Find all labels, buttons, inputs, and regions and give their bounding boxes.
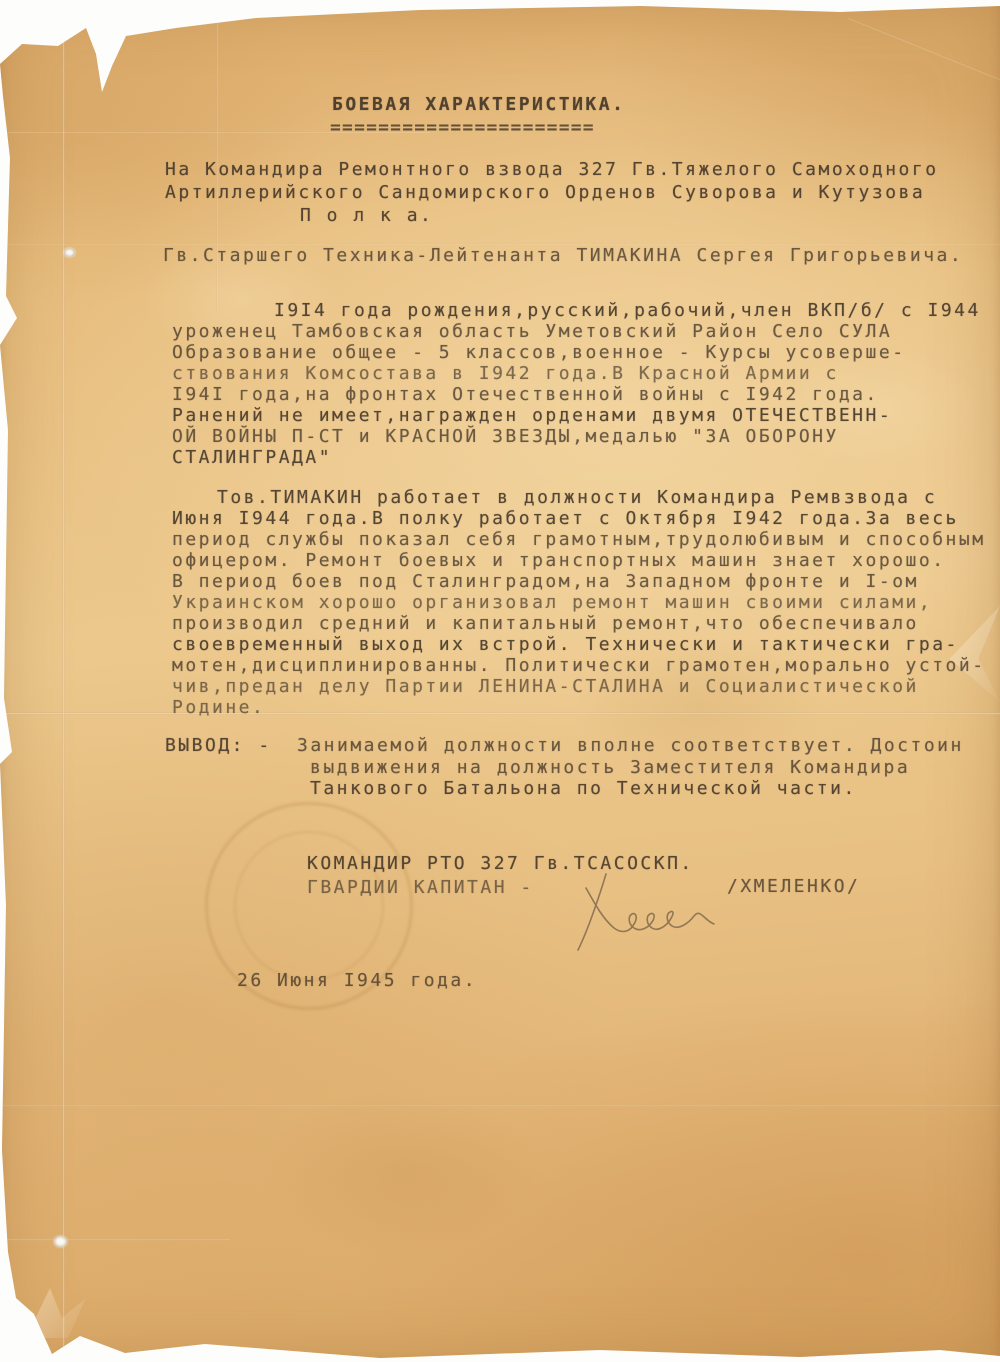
paragraph-line: Родине. [172, 697, 986, 718]
scan-background: БОЕВАЯ ХАРАКТЕРИСТИКА. =================… [0, 0, 1000, 1362]
paragraph-line: В период боев под Сталинградом,на Западн… [172, 571, 986, 592]
paragraph-line: чив,предан делу Партии ЛЕНИНА-СТАЛИНА и … [172, 676, 986, 697]
paragraph-line: СТАЛИНГРАДА" [172, 447, 981, 468]
paragraph-line: I94I года,на фронтах Отечественной войны… [172, 384, 981, 405]
paragraph-service: Тов.ТИМАКИН работает в должности Команди… [172, 487, 986, 718]
header-line: На Командира Ремонтного взвода 327 Гв.Тя… [165, 158, 939, 181]
header-block: На Командира Ремонтного взвода 327 Гв.Тя… [165, 158, 939, 227]
paragraph-line: Тов.ТИМАКИН работает в должности Команди… [217, 487, 986, 508]
paragraph-biography: I9I4 года рождения,русский,рабочий,член … [172, 300, 981, 468]
addressee-line: Гв.Старшего Техника-Лейтенанта ТИМАКИНА … [163, 245, 963, 266]
paragraph-line: уроженец Тамбовская область Уметовский Р… [172, 321, 981, 342]
paragraph-line: мотен,дисциплинированны. Политически гра… [172, 655, 986, 676]
handwritten-signature [548, 868, 728, 960]
paragraph-line: офицером. Ремонт боевых и транспортных м… [172, 550, 986, 571]
document-page: БОЕВАЯ ХАРАКТЕРИСТИКА. =================… [0, 0, 1000, 1362]
conclusion-label: ВЫВОД: - [165, 735, 272, 756]
conclusion-line: выдвижения на должность Заместителя Кома… [310, 757, 964, 779]
date-line: 26 Июня I945 года. [237, 970, 477, 991]
paragraph-line: ОЙ ВОЙНЫ П-СТ и КРАСНОЙ ЗВЕЗДЫ,медалью "… [172, 426, 981, 447]
paragraph-line: I9I4 года рождения,русский,рабочий,член … [274, 300, 981, 321]
conclusion-line: Занимаемой должности вполне соответствуе… [297, 735, 964, 757]
doc-title: БОЕВАЯ ХАРАКТЕРИСТИКА. [332, 94, 625, 115]
paragraph-line: Образование общее - 5 классов,военное - … [172, 342, 981, 363]
paragraph-line: Ранений не имеет,награжден орденами двум… [172, 405, 981, 426]
paragraph-line: Украинском хорошо организовал ремонт маш… [172, 592, 986, 613]
title-underline: ====================== [330, 117, 595, 138]
paragraph-line: ствования Комсостава в I942 года.В Красн… [172, 363, 981, 384]
paragraph-line: своевременный выход их встрой. Техническ… [172, 634, 986, 655]
conclusion-line: Танкового Батальона по Технической части… [310, 778, 964, 800]
paragraph-line: Июня I944 года.В полку работает с Октябр… [172, 508, 986, 529]
paragraph-line: производил средний и капитальный ремонт,… [172, 613, 986, 634]
conclusion-block: Занимаемой должности вполне соответствуе… [297, 735, 964, 800]
header-line: П о л к а. [300, 204, 939, 227]
header-line: Артиллерийского Сандомирского Орденов Су… [165, 181, 939, 204]
signature-name: /ХМЕЛЕНКО/ [727, 876, 860, 897]
paragraph-line: период службы показал себя грамотным,тру… [172, 529, 986, 550]
document-content: БОЕВАЯ ХАРАКТЕРИСТИКА. =================… [0, 0, 1000, 1362]
